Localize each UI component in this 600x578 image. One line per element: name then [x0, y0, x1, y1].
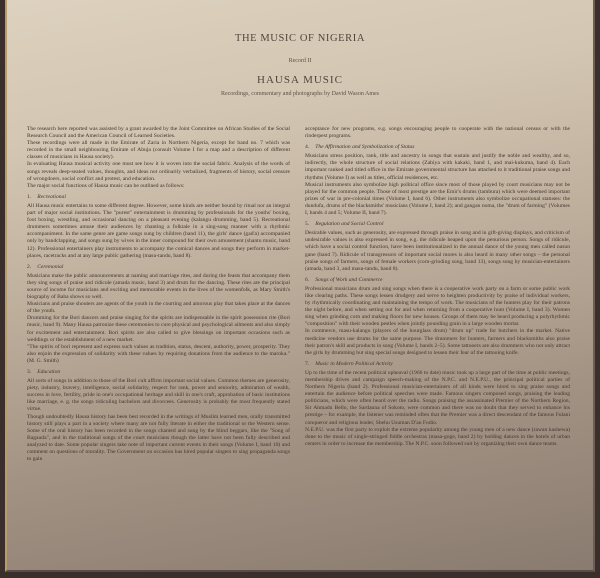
- section-paragraph: Musicians and praise shouters are agents…: [27, 301, 290, 315]
- section-paragraph: In commerce, masu-kalangu (players of th…: [305, 328, 570, 356]
- page-title: HAUSA MUSIC: [7, 74, 593, 86]
- section-paragraph: Musical instruments also symbolize high …: [305, 182, 570, 217]
- intro-paragraph: These recordings were all made in the Em…: [27, 140, 290, 161]
- section-heading: 5.Regulation and Social Control: [305, 221, 570, 228]
- section-paragraph: All sorts of songs in addition to those …: [27, 378, 290, 413]
- section-heading: 1.Recreational: [27, 194, 290, 201]
- series-title: THE MUSIC OF NIGERIA: [7, 33, 593, 44]
- intro-paragraph: The major social functions of Hausa musi…: [27, 183, 290, 190]
- section-heading: 3.Education: [27, 369, 290, 376]
- section-paragraph: N.E.P.U. was the first party to exploit …: [305, 427, 570, 448]
- continuation-paragraph: acceptance for new programs, e.g. songs …: [305, 126, 570, 140]
- section-paragraph: Drumming for the Bori dancers and praise…: [27, 315, 290, 343]
- section-paragraph: Up to the time of the recent political u…: [305, 370, 570, 427]
- quote-paragraph: "The spirits of bori represent and expre…: [27, 344, 290, 365]
- section-paragraph: Though undoubtedly Hausa history has bee…: [27, 414, 290, 464]
- intro-paragraph: In evaluating Hausa musical activity one…: [27, 161, 290, 182]
- record-number: Record II: [7, 58, 593, 64]
- section-heading: 7.Music in Modern Political Activity: [305, 361, 570, 368]
- section-paragraph: All Hausa music entertains to some diffe…: [27, 203, 290, 260]
- section-heading: 2.Ceremonial: [27, 264, 290, 271]
- liner-notes-page: THE MUSIC OF NIGERIA Record II HAUSA MUS…: [5, 0, 595, 572]
- section-paragraph: Musicians make the public announcements …: [27, 273, 290, 301]
- section-paragraph: Desirable values, such as generosity, ar…: [305, 230, 570, 273]
- right-column: acceptance for new programs, e.g. songs …: [305, 126, 570, 448]
- section-heading: 6.Songs of Work and Commerce: [305, 277, 570, 284]
- left-column: The research here reported was assisted …: [27, 126, 290, 463]
- section-paragraph: Musicians stress position, rank, title a…: [305, 153, 570, 181]
- credit-line: Recordings, commentary and photographs b…: [7, 91, 593, 97]
- section-heading: 4.The Affirmation and Symbolization of S…: [305, 144, 570, 151]
- intro-paragraph: The research here reported was assisted …: [27, 126, 290, 140]
- section-paragraph: Professional musicians drum and sing son…: [305, 286, 570, 329]
